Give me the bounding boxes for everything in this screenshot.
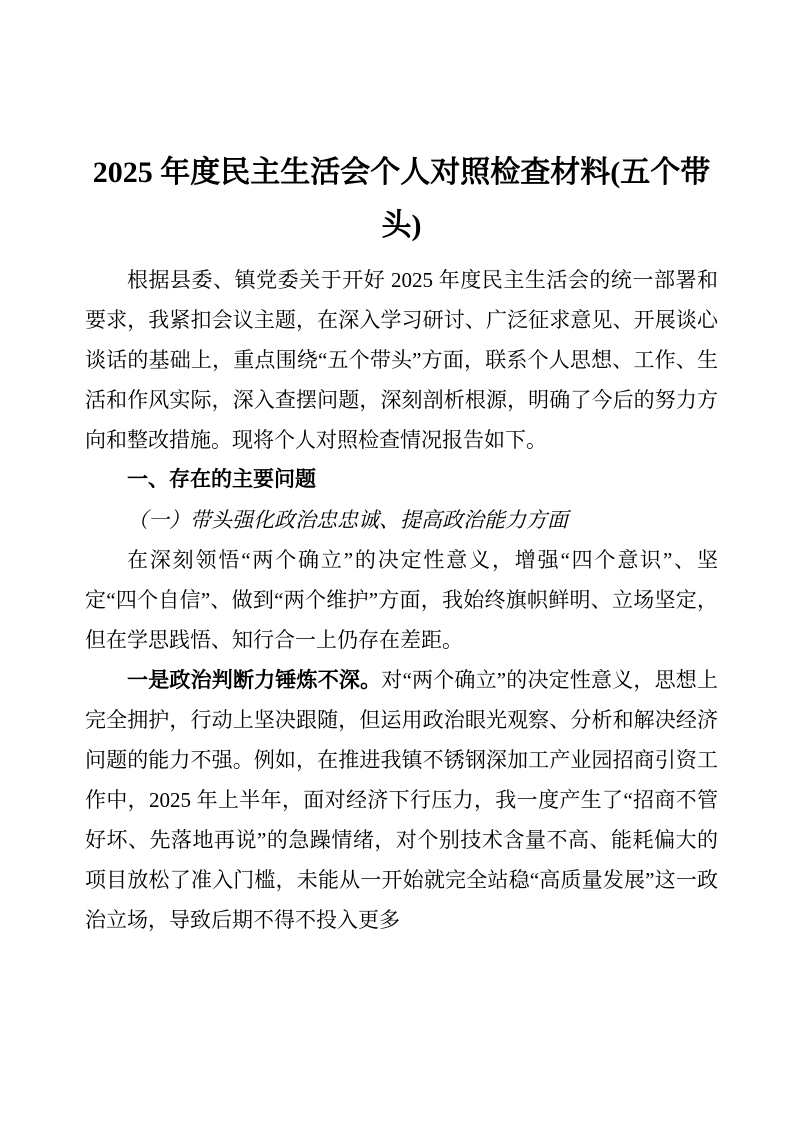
document-title: 2025 年度民主生活会个人对照检查材料(五个带 头) [85,146,718,252]
paragraph-text: （一）带头强化政治忠忠诚、提高政治能力方面 [127,508,568,532]
body-paragraph: 根据县委、镇党委关于开好 2025 年度民主生活会的统一部署和要求，我紧扣会议主… [85,260,718,460]
section-heading: 一、存在的主要问题 [85,460,718,500]
body-paragraph: 一是政治判断力锤炼不深。对“两个确立”的决定性意义，思想上完全拥护，行动上坚决跟… [85,660,718,940]
paragraph-text: 一、存在的主要问题 [127,468,316,491]
body-paragraph: 在深刻领悟“两个确立”的决定性意义，增强“四个意识”、坚定“四个自信”、做到“两… [85,540,718,660]
document-body: 根据县委、镇党委关于开好 2025 年度民主生活会的统一部署和要求，我紧扣会议主… [85,260,718,940]
document-content: 2025 年度民主生活会个人对照检查材料(五个带 头) 根据县委、镇党委关于开好… [85,146,718,940]
document-title-line-1: 2025 年度民主生活会个人对照检查材料(五个带 [85,146,718,199]
subsection-heading: （一）带头强化政治忠忠诚、提高政治能力方面 [85,500,718,540]
paragraph-text: 根据县委、镇党委关于开好 2025 年度民主生活会的统一部署和要求，我紧扣会议主… [85,268,718,452]
document-title-line-2: 头) [85,199,718,252]
paragraph-text: 对“两个确立”的决定性意义，思想上完全拥护，行动上坚决跟随，但运用政治眼光观察、… [85,668,718,932]
paragraph-lead-emphasis: 一是政治判断力锤炼不深。 [127,668,381,692]
document-page: 2025 年度民主生活会个人对照检查材料(五个带 头) 根据县委、镇党委关于开好… [0,0,800,1131]
paragraph-text: 在深刻领悟“两个确立”的决定性意义，增强“四个意识”、坚定“四个自信”、做到“两… [85,548,718,652]
